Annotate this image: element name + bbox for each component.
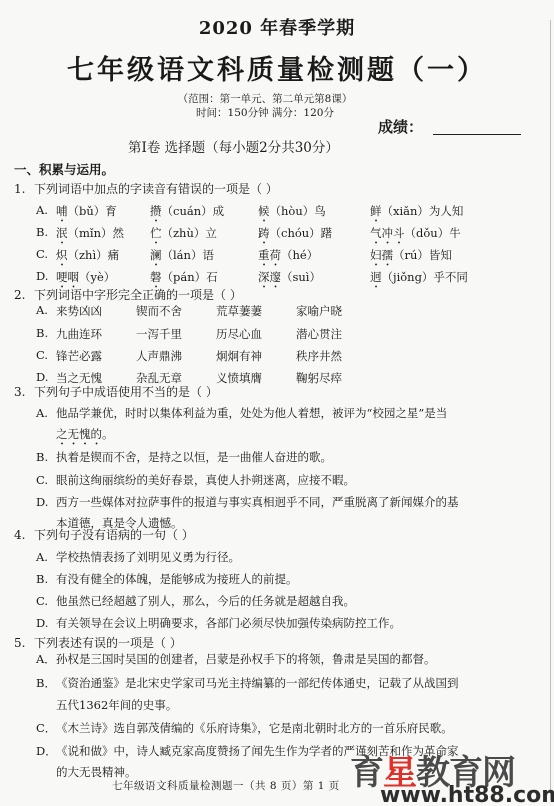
question-1-stem: 1.下列词语中加点的字读音有错误的一项是（ ） (14, 180, 278, 197)
question-3-option-d: D.西方一些媒体对拉萨事件的报道与事实真相迥乎不同，严重脱离了新闻媒介的基 (36, 494, 459, 510)
question-5-option-a: A．孙权是三国时吴国的创建者，吕蒙是孙权手下的将领，鲁肃是吴国的都督。 (36, 651, 436, 667)
scope-text: （范围：第一单元、第二单元第8课） (0, 91, 554, 106)
question-5-stem: 5.下列表述有误的一项是（ ） (14, 634, 182, 651)
word-item: 历尽心血 (216, 326, 262, 342)
question-3-option-a: A.他品学兼优，时时以集体利益为重，处处为他人着想，被评为“校园之星”是当 (36, 405, 447, 421)
word-item: 九曲连环 (56, 326, 102, 342)
question-text: 下列词语中加点的字读音有错误的一项是（ ） (34, 182, 278, 196)
pinyin-item: 哺（bǔ）育 (56, 203, 117, 225)
question-number: 5. (14, 636, 34, 650)
word-item: 锲而不舍 (136, 303, 182, 319)
question-3-option-c: C.眼前这绚丽缤纷的美好春景，真使人扑朔迷离，应接不暇。 (36, 472, 355, 488)
score-label: 成绩： (378, 118, 423, 136)
pinyin-item: 攒（cuán）成 (150, 203, 224, 225)
word-item: 秩序井然 (296, 348, 342, 364)
pinyin-item: 深邃（suì） (258, 269, 321, 291)
pinyin-item: 炽（zhì）痛 (56, 247, 119, 269)
option-label: C. (36, 348, 48, 362)
option-label: A. (36, 203, 48, 217)
exam-page: 2020 年春季学期 七年级语文科质量检测题（一） （范围：第一单元、第二单元第… (0, 0, 554, 806)
pinyin-item: 气冲斗（dǒu）牛 (370, 225, 461, 247)
question-text: 下列表述有误的一项是（ ） (34, 636, 182, 650)
question-4-stem: 4.下列句子没有语病的一句（ ） (14, 526, 194, 543)
option-label: D. (36, 269, 48, 283)
option-label: A. (36, 303, 48, 317)
word-item: 一泻千里 (136, 326, 182, 342)
question-number: 4. (14, 528, 34, 542)
question-number: 3. (14, 385, 34, 399)
pinyin-item: 澜（lán）语 (150, 247, 214, 269)
score-field: 成绩： (378, 116, 521, 137)
pinyin-item: 踌（chóu）躇 (258, 225, 332, 247)
question-text: 下列句子没有语病的一句（ ） (34, 528, 194, 542)
page-edge (550, 20, 551, 800)
option-label: B. (36, 225, 48, 239)
question-3-option-a-cont: 之无愧的。 (56, 426, 114, 448)
page-footer: 七年级语文科质量检测题一（共 8 页）第 1 页 (112, 778, 340, 793)
question-3-option-b: B.执着是锲而不舍，是持之以恒，是一曲催人奋进的歌。 (36, 449, 332, 465)
word-item: 鞠躬尽瘁 (296, 370, 342, 386)
question-4-option-b: B.有没有健全的体魄，是能够成为接班人的前提。 (36, 571, 298, 587)
word-item: 人声鼎沸 (136, 348, 182, 364)
question-text: 下列词语中字形完全正确的一项是（ ） (34, 288, 242, 302)
question-4-option-a: A.学校热情表扬了刘明见义勇为行径。 (36, 549, 240, 565)
question-number: 2. (14, 288, 34, 302)
word-item: 炯炯有神 (216, 348, 262, 364)
question-5-option-b: B．《资治通鉴》是北宋史学家司马光主持编纂的一部纪传体通史，记载了从战国到 (36, 675, 459, 691)
option-label: D. (36, 370, 48, 384)
word-item: 荒草萋萋 (216, 303, 262, 319)
question-4-option-c: C.他虽然已经超越了别人，那么，今后的任务就是超越自我。 (36, 593, 355, 609)
pinyin-item: 候（hòu）鸟 (258, 203, 326, 225)
option-label: B. (36, 326, 48, 340)
question-3-stem: 3.下列句子中成语使用不当的是（ ） (14, 383, 218, 400)
score-blank (433, 134, 521, 135)
pinyin-item: 伫（zhù）立 (150, 225, 217, 247)
question-5-option-c: C．《木兰诗》选自郭茂倩编的《乐府诗集》，它是南北朝时北方的一首乐府民歌。 (36, 720, 453, 736)
question-2-stem: 2.下列词语中字形完全正确的一项是（ ） (14, 286, 242, 303)
question-number: 1. (14, 182, 34, 196)
option-label: C. (36, 247, 48, 261)
question-4-option-d: D.有关领导在会议上明确要求，各部门必须尽快加强传染病防控工作。 (36, 615, 401, 631)
watermark-url: www.ht88.com (380, 783, 554, 806)
word-item: 家喻户晓 (296, 303, 342, 319)
word-item: 锋芒必露 (56, 348, 102, 364)
pinyin-item: 泯（mǐn）然 (56, 225, 124, 247)
main-title: 七年级语文科质量检测题（一） (0, 48, 554, 87)
pinyin-item: 鲜（xiǎn）为人知 (370, 203, 463, 225)
section-title: 一、积累与运用。 (14, 160, 114, 178)
pinyin-item: 迥（jiǒng）乎不同 (370, 269, 468, 291)
question-5-option-b-cont: 五代1362年间的史事。 (56, 697, 177, 713)
word-item: 潜心贯注 (296, 326, 342, 342)
part-title: 第Ⅰ卷 选择题（每小题2分共30分） (128, 136, 339, 156)
word-item: 来势凶凶 (56, 303, 102, 319)
pinyin-item: 重荷（hé） (258, 247, 318, 269)
year-title: 2020 年春季学期 (0, 14, 554, 40)
pinyin-item: 妇孺（rú）皆知 (370, 247, 452, 269)
question-text: 下列句子中成语使用不当的是（ ） (34, 385, 218, 399)
word-item: 义愤填膺 (216, 370, 262, 386)
